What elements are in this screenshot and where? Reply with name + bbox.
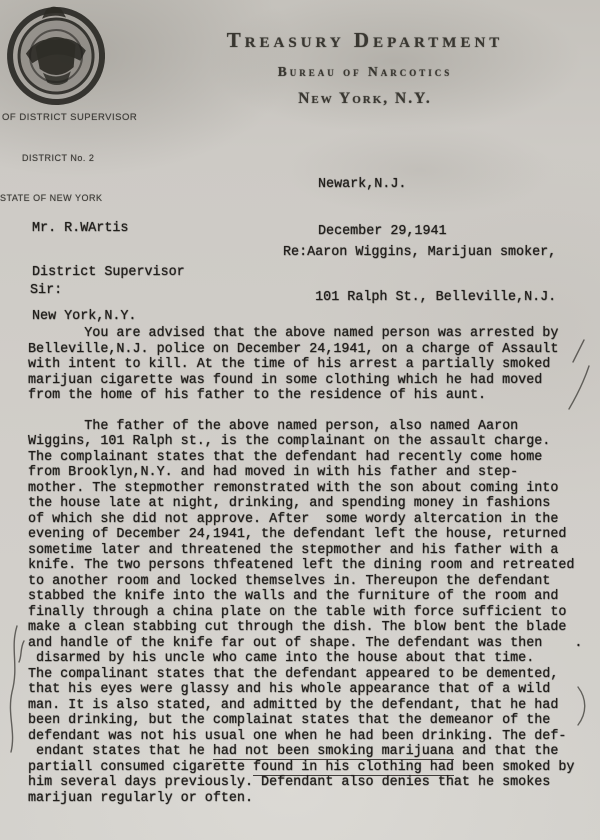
letter-line: the house late at night, drinking, and s…	[28, 496, 582, 512]
letter-line: make a clean stabbing cut through the di…	[28, 620, 582, 636]
letter-line: to another room and locked themselves in…	[28, 574, 582, 590]
text-segment: Wiggins, 101 Ralph st., is the complaina…	[28, 434, 550, 449]
letter-line: The compalinant states that the defendan…	[28, 667, 582, 683]
text-segment: stabbed the knife into the walls and the…	[28, 589, 558, 604]
text-segment: man. It is also stated, and admitted by …	[28, 698, 558, 713]
text-segment: The father of the above named person, al…	[28, 419, 518, 434]
letterhead-city: New York, N.Y.	[175, 90, 555, 108]
text-segment: that his eyes were glassy and his whole …	[28, 682, 550, 697]
letter-body: You are advised that the above named per…	[28, 326, 582, 821]
text-segment: marijuan regularly or often.	[28, 791, 253, 806]
letter-line: with intent to kill. At the time of his …	[28, 357, 582, 373]
letter-line: sometime later and threatened the stepmo…	[28, 543, 582, 559]
dateline-place: Newark,N.J.	[318, 177, 447, 193]
letter-line: that his eyes were glassy and his whole …	[28, 682, 582, 698]
re-subject-block: Re:Aaron Wiggins, Marijuan smoker, 101 R…	[283, 215, 556, 335]
salutation: Sir:	[30, 283, 62, 299]
recipient-name: Mr. R.WArtis	[32, 222, 185, 237]
letter-line: defendant was not his usual one when he …	[28, 729, 582, 745]
letter-line: The father of the above named person, al…	[28, 419, 582, 435]
text-segment: sometime later and threatened the stepmo…	[28, 543, 558, 558]
text-segment: and that the	[454, 744, 558, 759]
letter-line: been drinking, but the complainat states…	[28, 713, 582, 729]
text-segment: defendant was not his usual one when he …	[28, 729, 566, 744]
letter-line: Belleville,N.J. police on December 24,19…	[28, 342, 582, 358]
re-line: Re:Aaron Wiggins, Marijuan smoker,	[283, 245, 556, 260]
letter-line: and handle of the knife far out of shape…	[28, 636, 582, 652]
text-segment: him several days previously. Defendant a…	[28, 775, 550, 790]
letter-line: of which she did not approve. After some…	[28, 512, 582, 528]
text-segment: to another room and locked themselves in…	[28, 574, 550, 589]
letter-line: stabbed the knife into the walls and the…	[28, 589, 582, 605]
paragraph: The father of the above named person, al…	[28, 419, 582, 807]
stamp-line: OF DISTRICT SUPERVISOR	[2, 111, 152, 125]
text-segment: with intent to kill. At the time of his …	[28, 357, 550, 372]
text-segment: been drinking, but the complainat states…	[28, 713, 550, 728]
letterhead: Treasury Department Bureau of Narcotics …	[175, 28, 555, 108]
letter-line: endant states that he had not been smoki…	[28, 744, 582, 760]
letter-line: marijuan regularly or often.	[28, 791, 582, 807]
text-segment: The complainant states that the defendan…	[28, 450, 542, 465]
text-segment: mother. The stepmother remonstrated with…	[28, 481, 558, 496]
text-segment: marijuan cigarette was found in some clo…	[28, 373, 542, 388]
letter-line: partiall consumed cigarette found in his…	[28, 760, 582, 776]
text-segment: You are advised that the above named per…	[28, 326, 558, 341]
pen-mark-hook	[19, 641, 24, 662]
stamp-line: DISTRICT No. 2	[22, 152, 152, 166]
letter-line: mother. The stepmother remonstrated with…	[28, 481, 582, 497]
letter-line: The complainant states that the defendan…	[28, 450, 582, 466]
text-segment: endant states that he	[28, 744, 213, 759]
text-segment: of which she did not approve. After some…	[28, 512, 558, 527]
paragraph: You are advised that the above named per…	[28, 326, 582, 404]
letter-line: from Brooklyn,N.Y. and had moved in with…	[28, 465, 582, 481]
text-segment: knife. The two persons thfeatened left t…	[28, 558, 574, 573]
text-segment: from the home of his father to the resid…	[28, 388, 486, 403]
text-segment: from Brooklyn,N.Y. and had moved in with…	[28, 465, 518, 480]
letter-line: marijuan cigarette was found in some clo…	[28, 373, 582, 389]
letter-line: him several days previously. Defendant a…	[28, 775, 582, 791]
underlined-text: found in his clothing had	[253, 760, 454, 776]
letter-line: disarmed by his uncle who came into the …	[28, 651, 582, 667]
letterhead-bureau: Bureau of Narcotics	[175, 64, 555, 80]
text-segment: disarmed by his uncle who came into the …	[28, 651, 534, 666]
text-segment: the house late at night, drinking, and s…	[28, 496, 550, 511]
text-segment: evening of December 24,1941, the defenda…	[28, 527, 566, 542]
scanned-letter-page: OF DISTRICT SUPERVISOR DISTRICT No. 2 ST…	[0, 0, 600, 840]
text-segment: finally through a china plate on the tab…	[28, 605, 566, 620]
letter-line: Wiggins, 101 Ralph st., is the complaina…	[28, 434, 582, 450]
re-line: 101 Ralph St., Belleville,N.J.	[283, 290, 556, 305]
recipient-title: District Supervisor	[32, 266, 185, 281]
pen-mark-squiggle	[10, 626, 17, 752]
text-segment: been smoked by	[454, 760, 575, 775]
recipient-city: New York,N.Y.	[32, 310, 185, 325]
text-segment: partiall consumed cigarette	[28, 760, 253, 775]
letterhead-department: Treasury Department	[175, 28, 555, 53]
letter-line: evening of December 24,1941, the defenda…	[28, 527, 582, 543]
letter-line: man. It is also stated, and admitted by …	[28, 698, 582, 714]
underlined-text: had not been smoking marijuana	[213, 744, 454, 760]
letter-line: You are advised that the above named per…	[28, 326, 582, 342]
text-segment: Belleville,N.J. police on December 24,19…	[28, 342, 558, 357]
letter-line: from the home of his father to the resid…	[28, 388, 582, 404]
text-segment: and handle of the knife far out of shape…	[28, 636, 582, 651]
letter-line: finally through a china plate on the tab…	[28, 605, 582, 621]
letter-line: knife. The two persons thfeatened left t…	[28, 558, 582, 574]
text-segment: make a clean stabbing cut through the di…	[28, 620, 566, 635]
text-segment: The compalinant states that the defendan…	[28, 667, 558, 682]
